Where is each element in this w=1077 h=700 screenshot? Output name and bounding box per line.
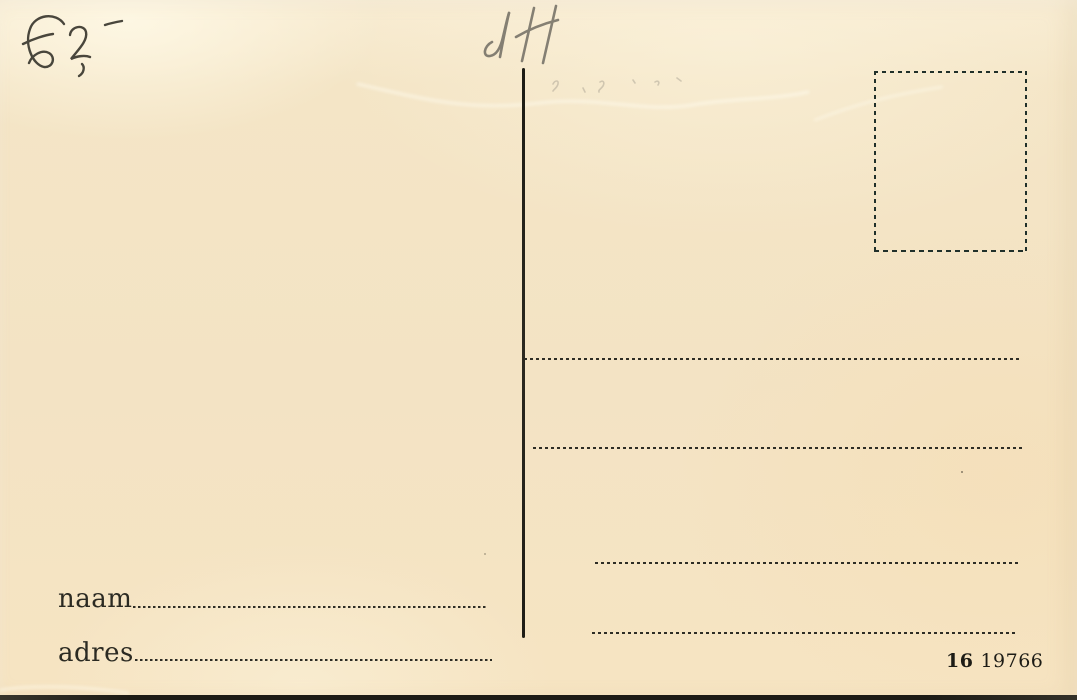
handwritten-initials bbox=[482, 4, 577, 66]
address-line-4 bbox=[592, 632, 1015, 634]
divider-line bbox=[522, 68, 525, 638]
address-line-sender bbox=[135, 659, 492, 661]
scan-edge bbox=[0, 695, 1077, 700]
name-label: naam bbox=[58, 586, 132, 612]
address-label: adres bbox=[58, 640, 134, 666]
paper-speck bbox=[484, 553, 486, 555]
paper-speck bbox=[961, 471, 963, 473]
stamp-box bbox=[874, 71, 1027, 252]
address-line-3 bbox=[595, 562, 1020, 564]
address-line-2 bbox=[533, 447, 1024, 449]
serial-number: 1619766 bbox=[946, 652, 1043, 671]
serial-value: 19766 bbox=[980, 650, 1043, 672]
address-line-1 bbox=[524, 358, 1020, 360]
serial-series: 16 bbox=[946, 650, 973, 672]
postcard-back: naam adres 1619766 bbox=[0, 0, 1077, 700]
name-line bbox=[133, 606, 488, 608]
faint-pencil-scribble bbox=[545, 74, 695, 98]
handwritten-price bbox=[20, 14, 130, 89]
